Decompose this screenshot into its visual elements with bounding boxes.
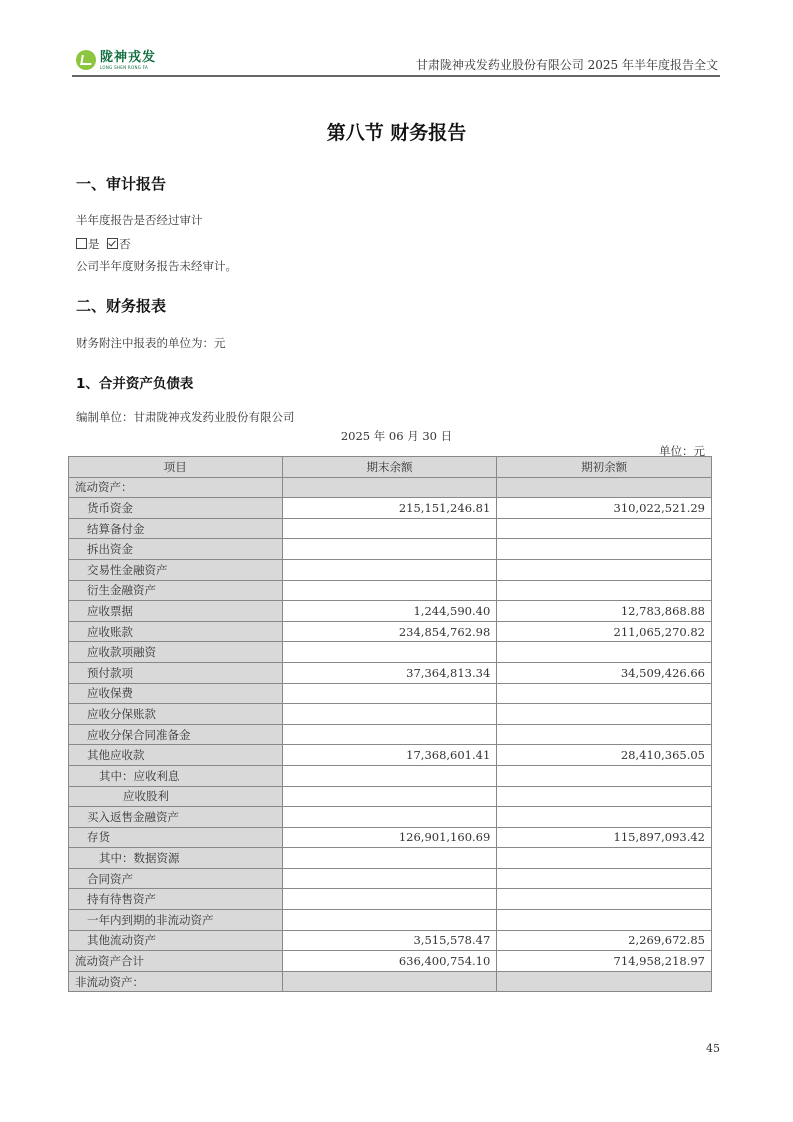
- logo-cn-text: 陇神戎发: [100, 51, 156, 65]
- row-label: 流动资产合计: [69, 951, 283, 972]
- begin-balance-cell: [497, 848, 712, 869]
- end-balance-cell: [282, 910, 497, 931]
- row-label: 流动资产：: [69, 477, 283, 498]
- row-label: 结算备付金: [69, 518, 283, 539]
- table-row: 流动资产：: [69, 477, 712, 498]
- col-header-begin-balance: 期初余额: [497, 457, 712, 478]
- row-label: 应收保费: [69, 683, 283, 704]
- option-yes-label: 是: [88, 237, 100, 251]
- row-label: 存货: [69, 827, 283, 848]
- option-no-label: 否: [119, 237, 131, 251]
- row-label: 应收股利: [69, 786, 283, 807]
- table-row: 其中：数据资源: [69, 848, 712, 869]
- table-row: 其他流动资产3,515,578.472,269,672.85: [69, 930, 712, 951]
- end-balance-cell: 636,400,754.10: [282, 951, 497, 972]
- begin-balance-cell: [497, 704, 712, 725]
- header-divider: [72, 75, 720, 77]
- table-header-row: 项目 期末余额 期初余额: [69, 457, 712, 478]
- begin-balance-cell: [497, 971, 712, 992]
- report-date: 2025 年 06 月 30 日: [0, 428, 793, 444]
- row-label: 货币资金: [69, 498, 283, 519]
- row-label: 应收分保账款: [69, 704, 283, 725]
- row-label: 其中：应收利息: [69, 765, 283, 786]
- end-balance-cell: 17,368,601.41: [282, 745, 497, 766]
- checkbox-yes[interactable]: [76, 238, 87, 249]
- begin-balance-cell: 34,509,426.66: [497, 662, 712, 683]
- table-row: 应收分保合同准备金: [69, 724, 712, 745]
- begin-balance-cell: [497, 807, 712, 828]
- page-number: 45: [706, 1042, 720, 1055]
- table-row: 应收款项融资: [69, 642, 712, 663]
- table-row: 预付款项37,364,813.3434,509,426.66: [69, 662, 712, 683]
- begin-balance-cell: 28,410,365.05: [497, 745, 712, 766]
- table-row: 应收票据1,244,590.4012,783,868.88: [69, 601, 712, 622]
- table-row: 流动资产合计636,400,754.10714,958,218.97: [69, 951, 712, 972]
- end-balance-cell: 1,244,590.40: [282, 601, 497, 622]
- audit-options: 是 否: [76, 236, 131, 252]
- col-header-item: 项目: [69, 457, 283, 478]
- col-header-end-balance: 期末余额: [282, 457, 497, 478]
- end-balance-cell: 126,901,160.69: [282, 827, 497, 848]
- table-row: 非流动资产：: [69, 971, 712, 992]
- end-balance-cell: [282, 704, 497, 725]
- end-balance-cell: [282, 868, 497, 889]
- end-balance-cell: [282, 786, 497, 807]
- end-balance-cell: [282, 807, 497, 828]
- end-balance-cell: [282, 518, 497, 539]
- table-row: 持有待售资产: [69, 889, 712, 910]
- end-balance-cell: 37,364,813.34: [282, 662, 497, 683]
- begin-balance-cell: [497, 477, 712, 498]
- end-balance-cell: [282, 559, 497, 580]
- table-row: 应收分保账款: [69, 704, 712, 725]
- end-balance-cell: [282, 724, 497, 745]
- begin-balance-cell: [497, 518, 712, 539]
- end-balance-cell: [282, 642, 497, 663]
- page-title: 第八节 财务报告: [0, 118, 793, 145]
- end-balance-cell: [282, 580, 497, 601]
- table-row: 应收保费: [69, 683, 712, 704]
- row-label: 买入返售金融资产: [69, 807, 283, 828]
- begin-balance-cell: [497, 559, 712, 580]
- row-label: 应收账款: [69, 621, 283, 642]
- balance-sheet-heading: 1、合并资产负债表: [76, 372, 193, 392]
- end-balance-cell: [282, 765, 497, 786]
- audit-report-heading: 一、审计报告: [76, 173, 166, 194]
- row-label: 应收票据: [69, 601, 283, 622]
- begin-balance-cell: [497, 642, 712, 663]
- logo-en-text: LONG SHEN RONG FA: [100, 65, 156, 70]
- balance-sheet-table: 项目 期末余额 期初余额 流动资产：货币资金215,151,246.81310,…: [68, 456, 712, 992]
- end-balance-cell: [282, 971, 497, 992]
- audit-statement: 公司半年度财务报告未经审计。: [76, 258, 237, 274]
- row-label: 其中：数据资源: [69, 848, 283, 869]
- begin-balance-cell: [497, 786, 712, 807]
- begin-balance-cell: [497, 910, 712, 931]
- begin-balance-cell: [497, 724, 712, 745]
- begin-balance-cell: 2,269,672.85: [497, 930, 712, 951]
- header-title: 甘肃陇神戎发药业股份有限公司 2025 年半年度报告全文: [416, 56, 718, 73]
- table-row: 其中：应收利息: [69, 765, 712, 786]
- begin-balance-cell: 115,897,093.42: [497, 827, 712, 848]
- table-row: 衍生金融资产: [69, 580, 712, 601]
- row-label: 一年内到期的非流动资产: [69, 910, 283, 931]
- row-label: 拆出资金: [69, 539, 283, 560]
- begin-balance-cell: 714,958,218.97: [497, 951, 712, 972]
- row-label: 交易性金融资产: [69, 559, 283, 580]
- row-label: 其他应收款: [69, 745, 283, 766]
- end-balance-cell: [282, 477, 497, 498]
- table-row: 应收账款234,854,762.98211,065,270.82: [69, 621, 712, 642]
- begin-balance-cell: [497, 580, 712, 601]
- table-row: 应收股利: [69, 786, 712, 807]
- begin-balance-cell: [497, 683, 712, 704]
- end-balance-cell: 3,515,578.47: [282, 930, 497, 951]
- row-label: 合同资产: [69, 868, 283, 889]
- financial-statements-heading: 二、财务报表: [76, 295, 166, 316]
- end-balance-cell: [282, 889, 497, 910]
- end-balance-cell: 215,151,246.81: [282, 498, 497, 519]
- table-row: 货币资金215,151,246.81310,022,521.29: [69, 498, 712, 519]
- end-balance-cell: [282, 539, 497, 560]
- unit-note: 财务附注中报表的单位为：元: [76, 335, 226, 351]
- page-header: 陇神戎发 LONG SHEN RONG FA 甘肃陇神戎发药业股份有限公司 20…: [72, 48, 720, 76]
- checkbox-no-checked[interactable]: [107, 238, 118, 249]
- table-row: 拆出资金: [69, 539, 712, 560]
- begin-balance-cell: [497, 765, 712, 786]
- row-label: 预付款项: [69, 662, 283, 683]
- row-label: 其他流动资产: [69, 930, 283, 951]
- table-row: 结算备付金: [69, 518, 712, 539]
- table-row: 其他应收款17,368,601.4128,410,365.05: [69, 745, 712, 766]
- row-label: 应收分保合同准备金: [69, 724, 283, 745]
- table-row: 交易性金融资产: [69, 559, 712, 580]
- begin-balance-cell: [497, 868, 712, 889]
- row-label: 非流动资产：: [69, 971, 283, 992]
- begin-balance-cell: [497, 539, 712, 560]
- end-balance-cell: [282, 683, 497, 704]
- preparer: 编制单位：甘肃陇神戎发药业股份有限公司: [76, 409, 295, 425]
- row-label: 应收款项融资: [69, 642, 283, 663]
- table-row: 存货126,901,160.69115,897,093.42: [69, 827, 712, 848]
- begin-balance-cell: 310,022,521.29: [497, 498, 712, 519]
- row-label: 衍生金融资产: [69, 580, 283, 601]
- table-row: 合同资产: [69, 868, 712, 889]
- begin-balance-cell: 211,065,270.82: [497, 621, 712, 642]
- logo-icon: [76, 50, 96, 70]
- row-label: 持有待售资产: [69, 889, 283, 910]
- table-row: 一年内到期的非流动资产: [69, 910, 712, 931]
- table-row: 买入返售金融资产: [69, 807, 712, 828]
- begin-balance-cell: [497, 889, 712, 910]
- end-balance-cell: [282, 848, 497, 869]
- begin-balance-cell: 12,783,868.88: [497, 601, 712, 622]
- company-logo: 陇神戎发 LONG SHEN RONG FA: [76, 50, 156, 70]
- audit-question: 半年度报告是否经过审计: [76, 212, 203, 228]
- end-balance-cell: 234,854,762.98: [282, 621, 497, 642]
